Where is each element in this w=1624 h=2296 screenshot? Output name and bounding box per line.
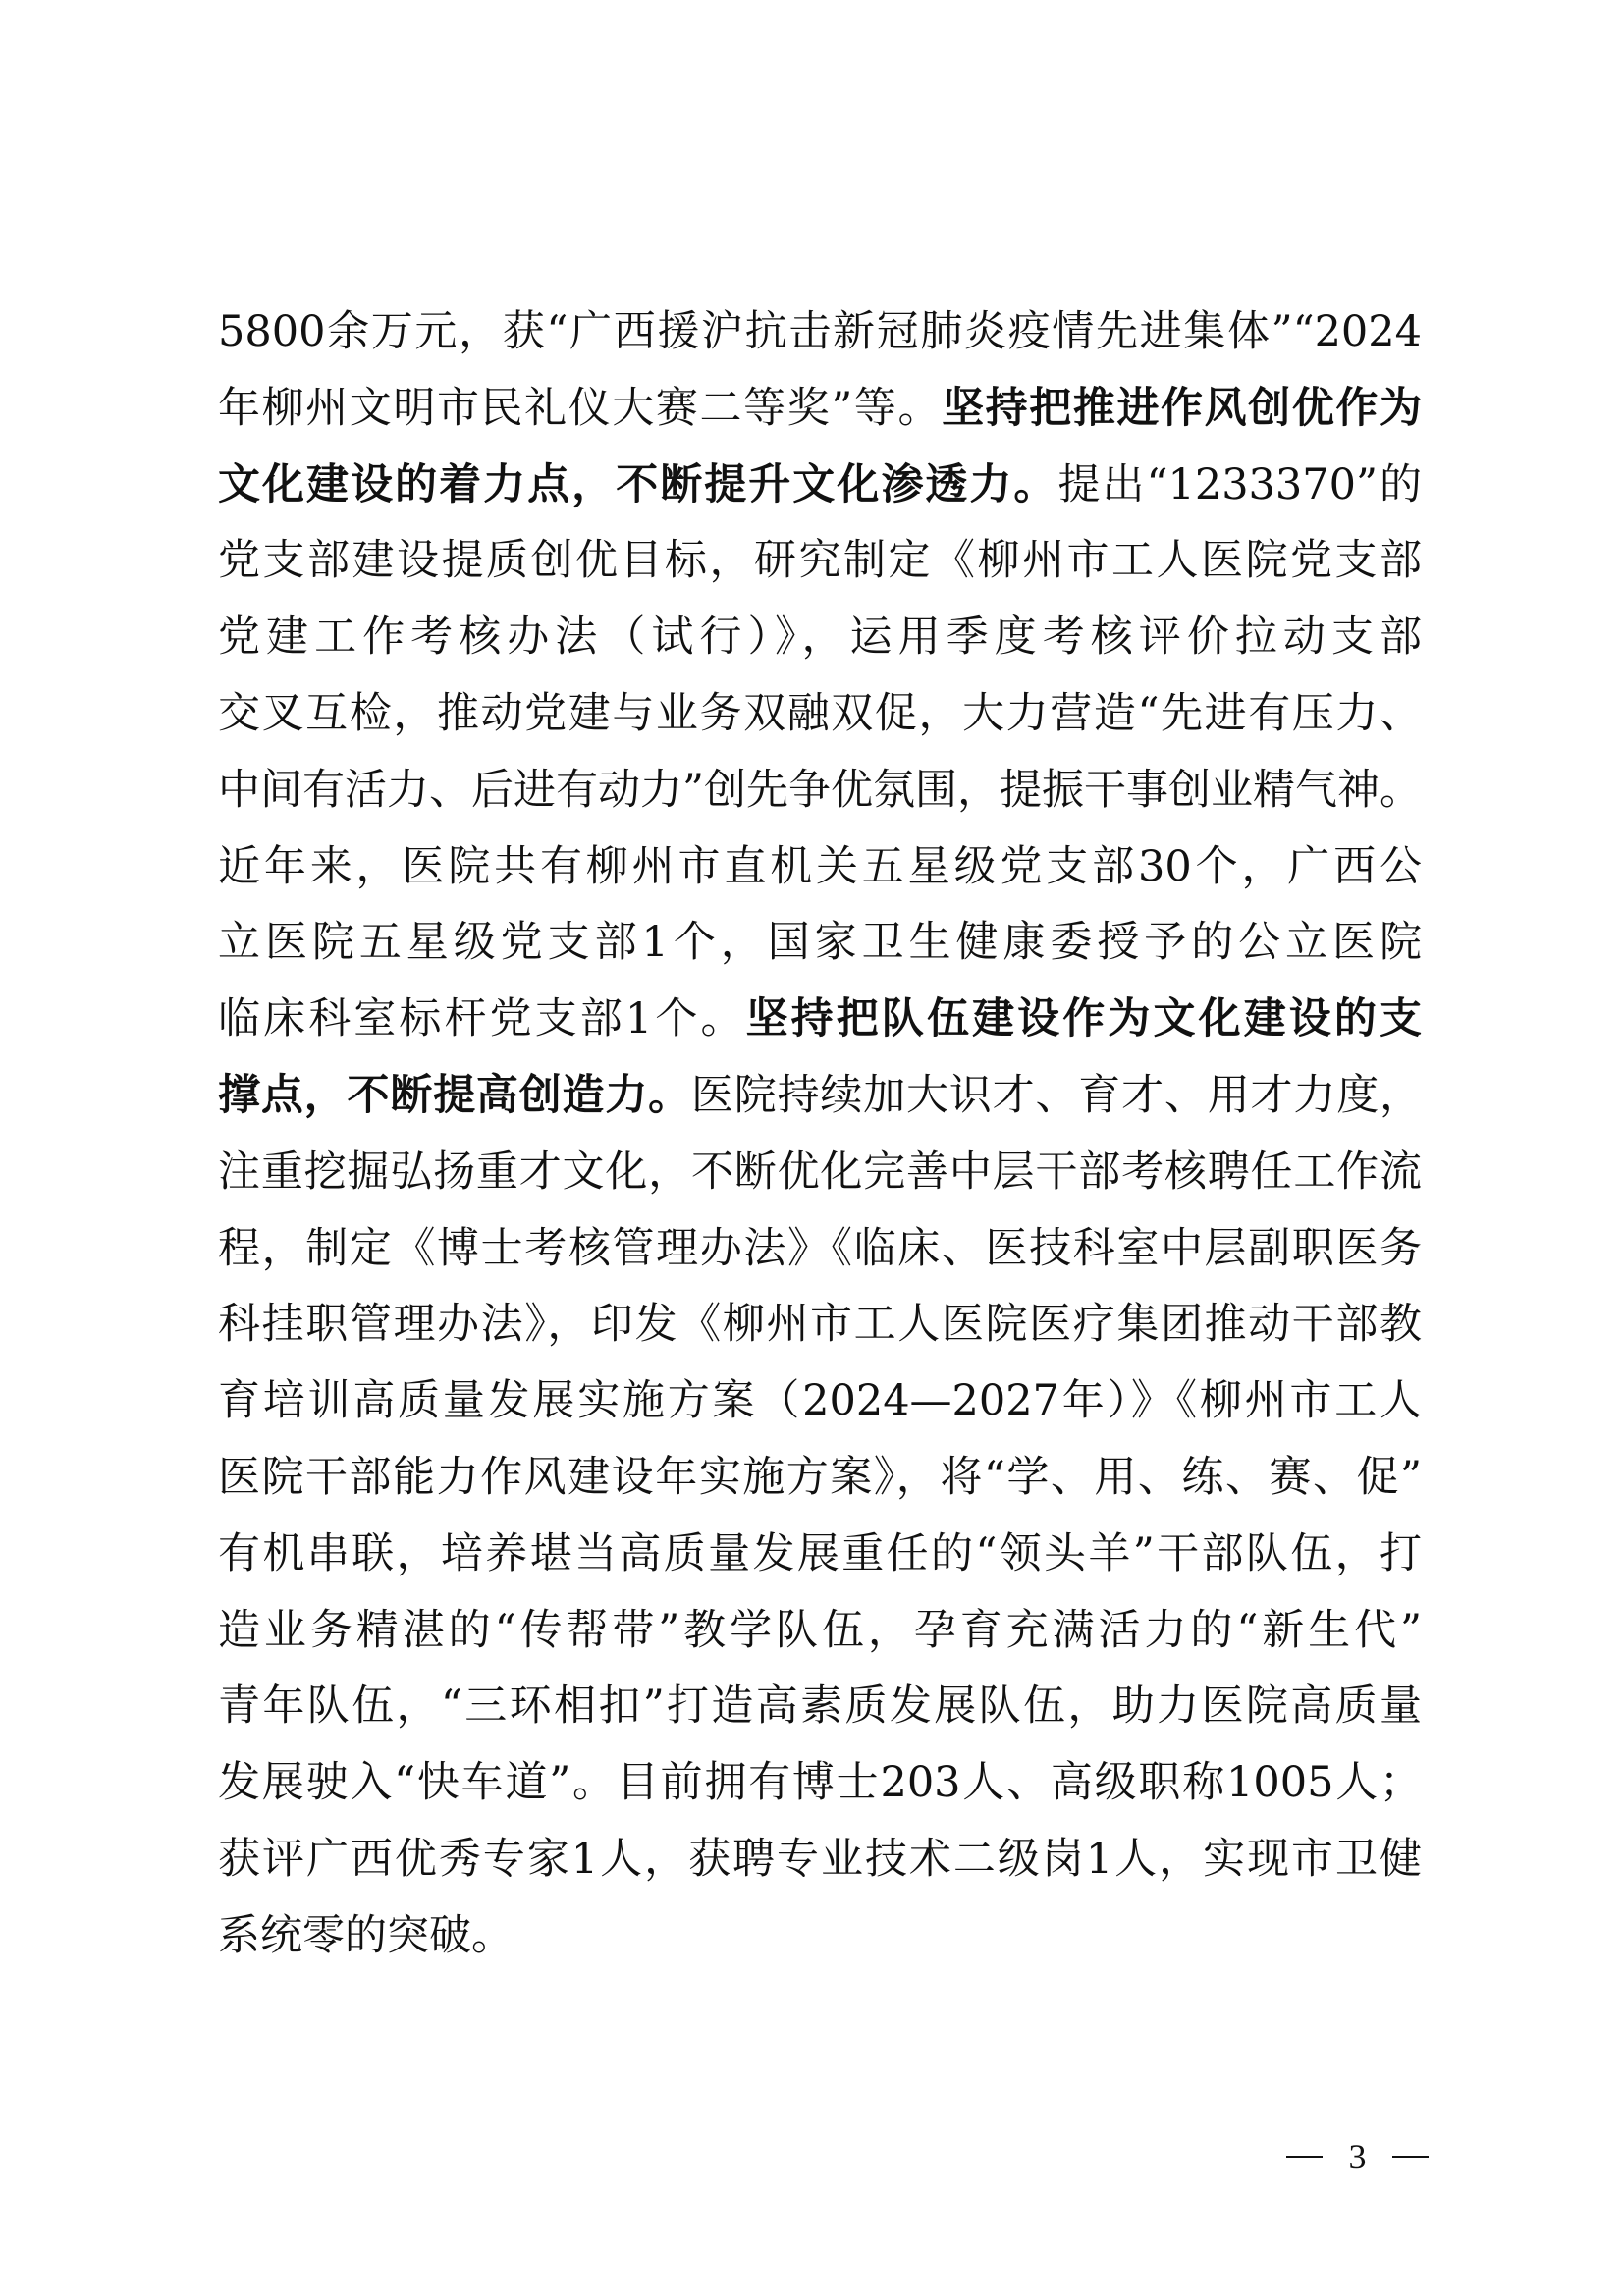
body-text-segment: 提出“1233370”的 bbox=[1057, 460, 1422, 509]
body-text-segment: 系统零的突破。 bbox=[218, 1911, 514, 1960]
page-number-dash-left bbox=[1286, 2156, 1323, 2158]
text-line: 育培训高质量发展实施方案（2024—2027年）》《柳州市工人 bbox=[218, 1363, 1422, 1440]
body-text-segment: 发展驶入“快车道”。目前拥有博士203人、高级职称1005人； bbox=[218, 1758, 1422, 1807]
text-line: 医院干部能力作风建设年实施方案》，将“学、用、练、赛、促” bbox=[218, 1440, 1422, 1517]
text-line: 发展驶入“快车道”。目前拥有博士203人、高级职称1005人； bbox=[218, 1745, 1422, 1822]
page-number-dash-right bbox=[1392, 2156, 1429, 2158]
bold-emphasis-text: 坚持把队伍建设作为文化建设的支 bbox=[746, 994, 1422, 1043]
body-text-segment: 医院持续加大识才、育才、用才力度， bbox=[691, 1071, 1422, 1120]
text-line: 交叉互检，推动党建与业务双融双促，大力营造“先进有压力、 bbox=[218, 676, 1422, 753]
body-text-segment: 程，制定《博士考核管理办法》《临床、医技科室中层副职医务 bbox=[218, 1224, 1422, 1273]
text-line: 5800余万元，获“广西援沪抗击新冠肺炎疫情先进集体”“2024 bbox=[218, 294, 1422, 371]
text-line: 临床科室标杆党支部1个。坚持把队伍建设作为文化建设的支 bbox=[218, 982, 1422, 1058]
body-text-segment: 有机串联，培养堪当高质量发展重任的“领头羊”干部队伍，打 bbox=[218, 1529, 1422, 1578]
text-line: 程，制定《博士考核管理办法》《临床、医技科室中层副职医务 bbox=[218, 1211, 1422, 1288]
body-text-segment: 立医院五星级党支部1个，国家卫生健康委授予的公立医院 bbox=[218, 918, 1422, 967]
body-text-segment: 党建工作考核办法（试行）》，运用季度考核评价拉动支部 bbox=[218, 613, 1422, 662]
text-line: 系统零的突破。 bbox=[218, 1898, 1422, 1975]
text-line: 有机串联，培养堪当高质量发展重任的“领头羊”干部队伍，打 bbox=[218, 1517, 1422, 1593]
text-line: 党建工作考核办法（试行）》，运用季度考核评价拉动支部 bbox=[218, 600, 1422, 676]
text-line: 造业务精湛的“传帮带”教学队伍，孕育充满活力的“新生代” bbox=[218, 1593, 1422, 1670]
body-text-segment: 中间有活力、后进有动力”创先争优氛围，提振干事创业精气神。 bbox=[218, 766, 1422, 815]
body-text-segment: 青年队伍，“三环相扣”打造高素质发展队伍，助力医院高质量 bbox=[218, 1682, 1422, 1731]
body-text-segment: 交叉互检，推动党建与业务双融双促，大力营造“先进有压力、 bbox=[218, 689, 1422, 738]
page-number: 3 bbox=[1286, 2132, 1429, 2181]
text-line: 中间有活力、后进有动力”创先争优氛围，提振干事创业精气神。 bbox=[218, 753, 1422, 829]
bold-emphasis-text: 撑点，不断提高创造力。 bbox=[218, 1071, 691, 1120]
bold-emphasis-text: 文化建设的着力点，不断提升文化渗透力。 bbox=[218, 460, 1057, 509]
body-paragraph: 5800余万元，获“广西援沪抗击新冠肺炎疫情先进集体”“2024年柳州文明市民礼… bbox=[218, 294, 1422, 1975]
text-line: 近年来，医院共有柳州市直机关五星级党支部30个，广西公 bbox=[218, 829, 1422, 906]
page-number-value: 3 bbox=[1349, 2132, 1367, 2181]
text-line: 党支部建设提质创优目标，研究制定《柳州市工人医院党支部 bbox=[218, 523, 1422, 600]
body-text-segment: 科挂职管理办法》，印发《柳州市工人医院医疗集团推动干部教 bbox=[218, 1300, 1422, 1349]
text-line: 获评广西优秀专家1人，获聘专业技术二级岗1人，实现市卫健 bbox=[218, 1822, 1422, 1898]
document-page: 5800余万元，获“广西援沪抗击新冠肺炎疫情先进集体”“2024年柳州文明市民礼… bbox=[0, 0, 1624, 2296]
body-text-segment: 临床科室标杆党支部1个。 bbox=[218, 994, 746, 1043]
body-text-segment: 育培训高质量发展实施方案（2024—2027年）》《柳州市工人 bbox=[218, 1376, 1422, 1425]
body-text-segment: 年柳州文明市民礼仪大赛二等奖”等。 bbox=[218, 384, 942, 433]
text-line: 年柳州文明市民礼仪大赛二等奖”等。坚持把推进作风创优作为 bbox=[218, 371, 1422, 448]
text-line: 撑点，不断提高创造力。医院持续加大识才、育才、用才力度， bbox=[218, 1058, 1422, 1135]
text-line: 科挂职管理办法》，印发《柳州市工人医院医疗集团推动干部教 bbox=[218, 1287, 1422, 1363]
text-line: 文化建设的着力点，不断提升文化渗透力。提出“1233370”的 bbox=[218, 448, 1422, 524]
body-text-segment: 5800余万元，获“广西援沪抗击新冠肺炎疫情先进集体”“2024 bbox=[218, 307, 1422, 356]
text-line: 青年队伍，“三环相扣”打造高素质发展队伍，助力医院高质量 bbox=[218, 1669, 1422, 1745]
body-text-segment: 造业务精湛的“传帮带”教学队伍，孕育充满活力的“新生代” bbox=[218, 1606, 1422, 1655]
body-text-segment: 近年来，医院共有柳州市直机关五星级党支部30个，广西公 bbox=[218, 842, 1422, 891]
text-line: 注重挖掘弘扬重才文化，不断优化完善中层干部考核聘任工作流 bbox=[218, 1135, 1422, 1211]
body-text-segment: 注重挖掘弘扬重才文化，不断优化完善中层干部考核聘任工作流 bbox=[218, 1148, 1422, 1197]
body-text-segment: 党支部建设提质创优目标，研究制定《柳州市工人医院党支部 bbox=[218, 536, 1422, 585]
bold-emphasis-text: 坚持把推进作风创优作为 bbox=[942, 384, 1422, 433]
body-text-segment: 获评广西优秀专家1人，获聘专业技术二级岗1人，实现市卫健 bbox=[218, 1835, 1422, 1884]
body-text-segment: 医院干部能力作风建设年实施方案》，将“学、用、练、赛、促” bbox=[218, 1453, 1422, 1502]
text-line: 立医院五星级党支部1个，国家卫生健康委授予的公立医院 bbox=[218, 905, 1422, 982]
